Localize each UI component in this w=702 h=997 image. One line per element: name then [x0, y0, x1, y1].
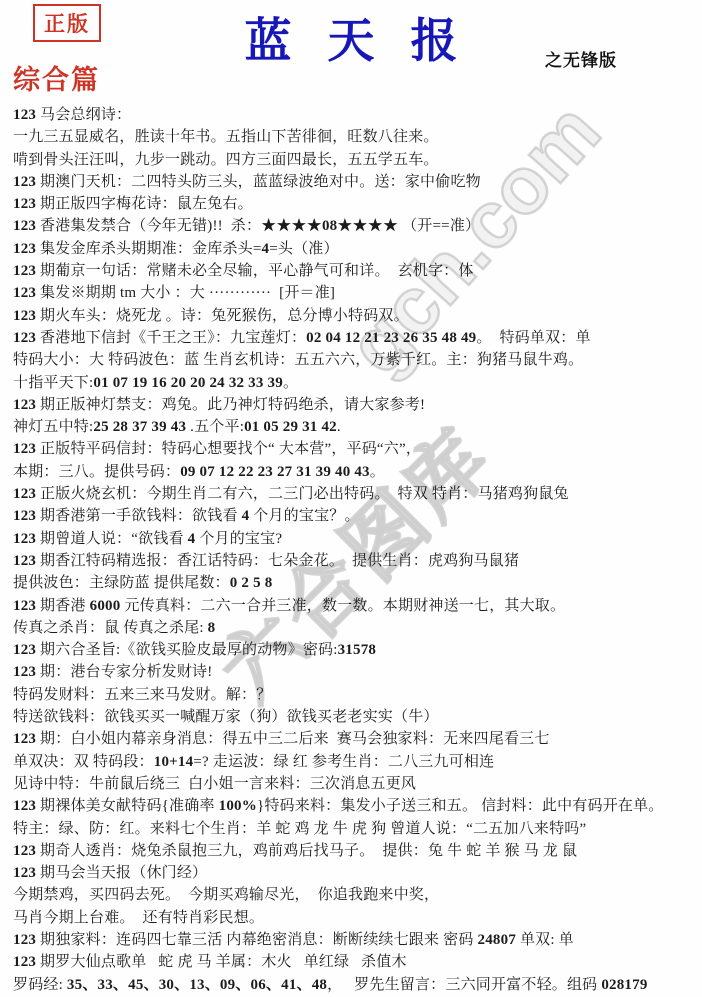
report-line: 123 期澳门天机：二四特头防三头，蓝蓝绿波绝对中。送：家中偷吃物	[13, 171, 700, 193]
report-line: 一九三五显威名，胜读十年书。五指山下苦徘徊，旺数八往来。	[13, 126, 700, 148]
report-line: 特码大小：大 特码波色：蓝 生肖玄机诗：五五六六，万紫千红。主：狗猪马鼠牛鸡。	[13, 349, 700, 371]
report-line: 神灯五中特:25 28 37 39 43 .五个平:01 05 29 31 42…	[13, 416, 700, 438]
report-line: 123 期独家料：连码四七靠三活 内幕绝密消息：断断续续七跟来 密码 24807…	[13, 929, 700, 951]
report-line: 123 期香江特码精选报：香江话特码：七朵金花。 提供生肖：虎鸡狗马鼠猪	[13, 550, 700, 572]
report-line: 123 香港地下信封《千王之王》：九宝莲灯：02 04 12 21 23 26 …	[13, 327, 700, 349]
report-line: 马肖今期上台难。 还有特肖彩民想。	[13, 907, 700, 929]
report-line: 123 期正版神灯禁支：鸡兔。此乃神灯特码绝杀，请大家参考!	[13, 394, 700, 416]
report-line: 123 期六合圣旨:《欲钱买脸皮最厚的动物》密码:31578	[13, 639, 700, 661]
report-line: 123 期罗大仙点歌单 蛇 虎 马 羊属：木火 单红绿 杀值木	[13, 951, 700, 973]
report-line: 123 期：港台专家分析发财诗!	[13, 661, 700, 683]
report-line: 123 期裸体美女献特码{准确率 100%}特码来料：集发小子送三和五。 信封料…	[13, 795, 700, 817]
report-line: 特码发财料：五来三来马发财。解：？	[13, 684, 700, 706]
lottery-tip-sheet: 正版 蓝天报 之无锋版 综合篇 gch.com 六合图库 123 马会总纲诗：一…	[0, 0, 702, 997]
report-line: 123 正版特平码信封：特码心想要找个“ 大本营”，平码“六”，	[13, 438, 700, 460]
report-line: 123 期香港 6000 元传真料：二六一合并三准，数一数。本期财神送一七，其大…	[13, 595, 700, 617]
report-line: 123 期曾道人说：“欲钱看 4 个月的宝宝?	[13, 528, 700, 550]
report-line: 特主：绿、防：红。来料七个生肖：羊 蛇 鸡 龙 牛 虎 狗 曾道人说：“二五加八…	[13, 818, 700, 840]
edition-label: 之无锋版	[545, 46, 617, 71]
report-line: 123 期香港第一手欲钱料：欲钱看 4 个月的宝宝？。	[13, 505, 700, 527]
report-line: 123 期：白小姐内幕亲身消息：得五中三二后来 赛马会独家料：无来四尾看三七	[13, 728, 700, 750]
report-line: 见诗中特：牛前鼠后绕三 白小姐一言来料：三次消息五更风	[13, 773, 700, 795]
report-line: 啃到骨头汪汪叫，九步一跳动。四方三面四最长，五五学五车。	[13, 149, 700, 171]
report-line: 单双决：双 特码段：10+14=? 走运波：绿 红 参考生肖：二八三九可相连	[13, 751, 700, 773]
report-line: 传真之杀肖：鼠 传真之杀尾: 8	[13, 617, 700, 639]
report-line: 123 期正版四字梅花诗：鼠左兔右。	[13, 193, 700, 215]
report-line: 十指平天下:01 07 19 16 20 20 24 32 33 39。	[13, 372, 700, 394]
report-line: 123 期火车头：烧死龙 。诗：兔死猴伤，总分博小特码双。	[13, 305, 700, 327]
report-line: 123 集发金库杀头期期准：金库杀头=4=头（准）	[13, 238, 700, 260]
section-heading: 综合篇	[13, 58, 100, 97]
report-line: 提供波色：主绿防蓝 提供尾数：0 2 5 8	[13, 572, 700, 594]
report-line: 今期禁鸡，买四码去死。 今期买鸡输尽光， 你追我跑来中奖，	[13, 884, 700, 906]
report-line: 123 期葡京一句话：常赌未必全尽输，平心静气可和详。 玄机字：体	[13, 260, 700, 282]
report-line: 123 马会总纲诗：	[13, 104, 700, 126]
report-line: 123 正版火烧玄机：今期生肖二有六，二三门必出特码。 特双 特肖：马猪鸡狗鼠兔	[13, 483, 700, 505]
report-line: 特送欲钱料：欲钱买买一喊醒万家（狗）欲钱买老老实实（牛）	[13, 706, 700, 728]
report-line: 123 集发※期期 tm 大小 ：大 ············ [开＝准]	[13, 282, 700, 304]
report-lines: 123 马会总纲诗：一九三五显威名，胜读十年书。五指山下苦徘徊，旺数八往来。啃到…	[13, 104, 700, 996]
report-line: 123 香港集发禁合（今年无错)!! 杀：★★★★08★★★★ （开==准）	[13, 215, 700, 237]
report-line: 123 期马会当天报（休门经）	[13, 862, 700, 884]
report-line: 本期：三八。提供号码：09 07 12 22 23 27 31 39 40 43…	[13, 461, 700, 483]
report-line: 123 期奇人透肖：烧兔杀鼠抱三九，鸡前鸡后找马子。 提供：兔 牛 蛇 羊 猴 …	[13, 840, 700, 862]
report-line: 罗码经: 35、33、45、30、13、09、06、41、48， 罗先生留言：三…	[13, 974, 700, 996]
